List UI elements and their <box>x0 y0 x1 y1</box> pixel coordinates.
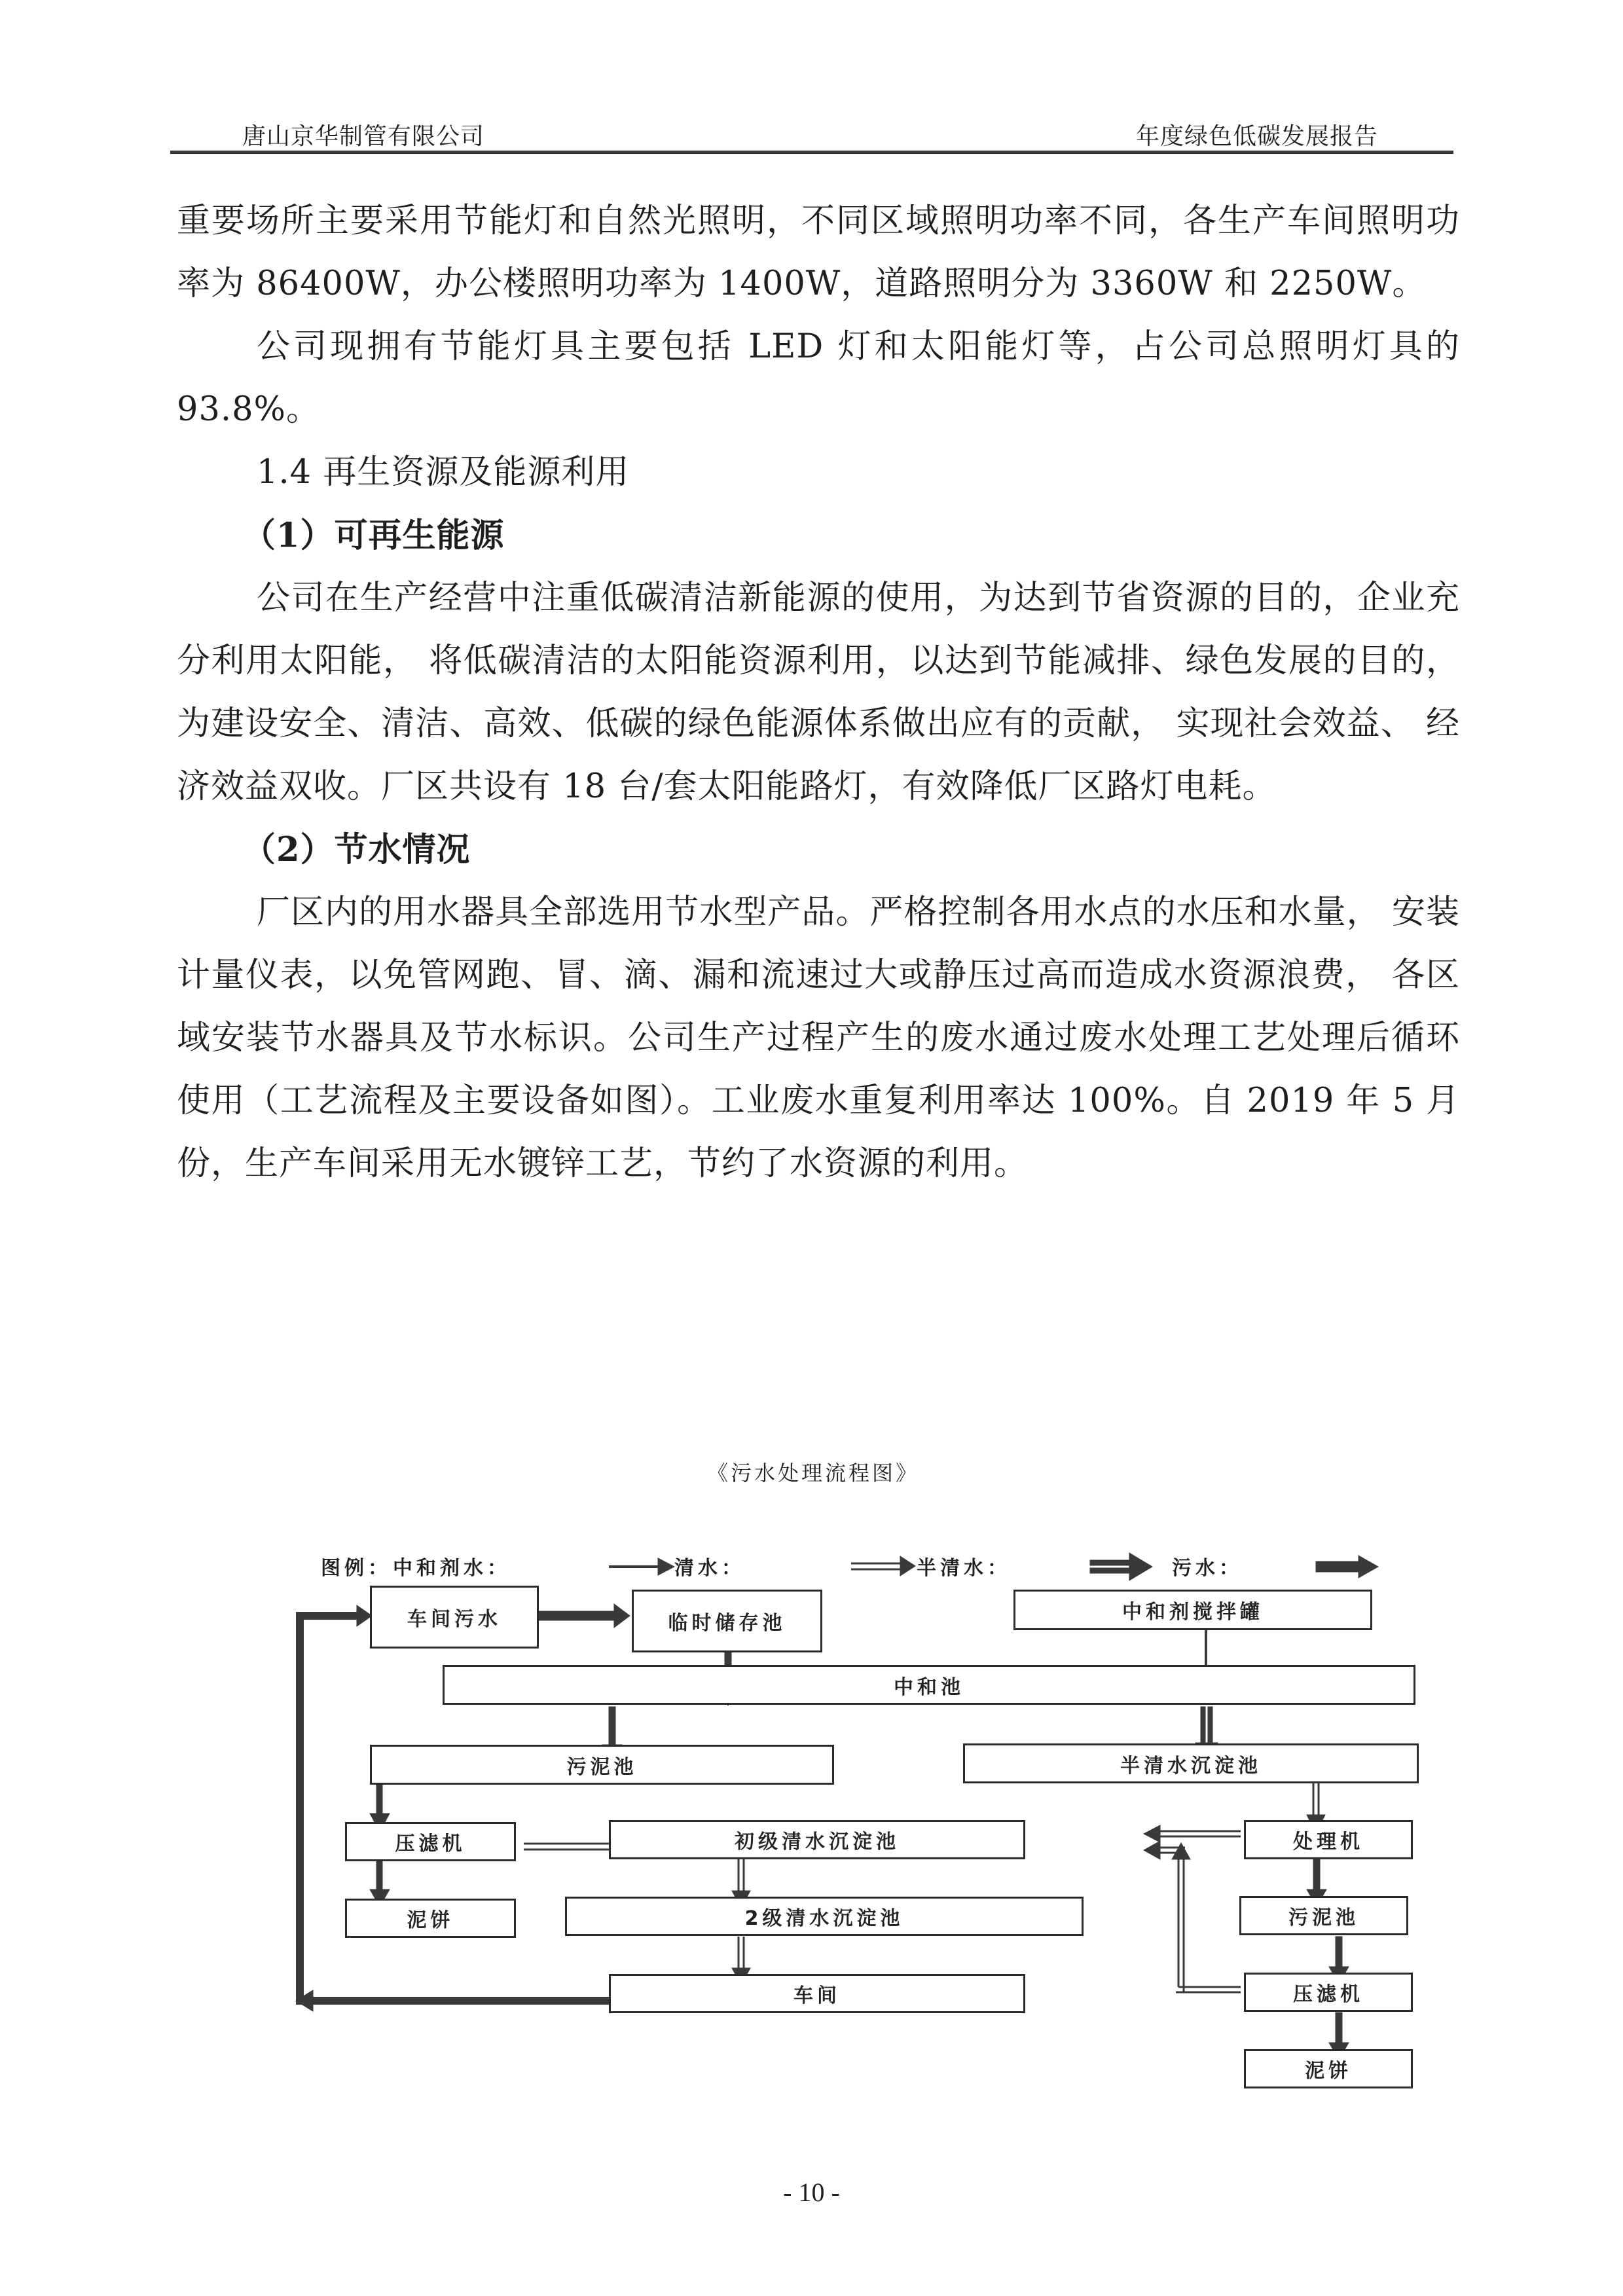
paragraph-renewable-energy: 公司在生产经营中注重低碳清洁新能源的使用，为达到节省资源的目的，企业充分利用太阳… <box>177 567 1460 818</box>
node-processor: 处理机 <box>1244 1820 1413 1859</box>
node-mud-cake-right: 泥饼 <box>1244 2049 1413 2088</box>
node-workshop: 车间 <box>609 1974 1025 2013</box>
legend-arrow-thick-double-icon <box>1090 1553 1152 1580</box>
node-sludge-pool-right: 污泥池 <box>1239 1896 1408 1935</box>
legend-label-semi-clear-water: 半清水： <box>917 1552 1011 1580</box>
node-neutralizer-tank: 中和剂搅拌罐 <box>1013 1590 1372 1630</box>
legend-arrow-double-line-icon <box>851 1556 915 1576</box>
subsection-heading-water-saving: （2）节水情况 <box>177 818 1460 881</box>
legend-label-clear-water: 清水： <box>674 1552 745 1580</box>
node-neutralization-pool: 中和池 <box>443 1665 1415 1705</box>
paragraph-energy-saving-lamps: 公司现拥有节能灯具主要包括 LED 灯和太阳能灯等，占公司总照明灯具的 93.8… <box>177 316 1460 441</box>
subsection-heading-renewable: （1）可再生能源 <box>177 504 1460 567</box>
node-filter-press-right: 压滤机 <box>1244 1973 1413 2012</box>
legend-arrow-thin-single-icon <box>609 1558 674 1575</box>
page-header: 唐山京华制管有限公司 年度绿色低碳发展报告 <box>170 111 1453 155</box>
header-rule <box>170 151 1453 154</box>
legend-arrow-thick-solid-icon <box>1316 1556 1378 1578</box>
node-semi-clear-settling: 半清水沉淀池 <box>963 1743 1419 1783</box>
legend-prefix: 图例： <box>321 1552 392 1580</box>
node-sludge-pool-left: 污泥池 <box>370 1745 834 1785</box>
node-secondary-settling: 2级清水沉淀池 <box>565 1897 1084 1936</box>
paragraph-lighting-power: 重要场所主要采用节能灯和自然光照明，不同区域照明功率不同，各生产车间照明功率为 … <box>177 190 1460 316</box>
legend-label-neutralizer-water: 中和剂水： <box>393 1552 511 1580</box>
node-mud-cake-left: 泥饼 <box>345 1899 516 1938</box>
node-filter-press-left: 压滤机 <box>345 1822 516 1861</box>
paragraph-water-saving: 厂区内的用水器具全部选用节水型产品。严格控制各用水点的水压和水量， 安装计量仪表… <box>177 881 1460 1195</box>
header-report-title: 年度绿色低碳发展报告 <box>1136 118 1378 151</box>
diagram-caption: 《污水处理流程图》 <box>707 1457 919 1487</box>
section-heading: 1.4 再生资源及能源利用 <box>177 441 1460 504</box>
page-number: - 10 - <box>0 2177 1623 2208</box>
legend-label-wastewater: 污水： <box>1172 1552 1243 1580</box>
header-company: 唐山京华制管有限公司 <box>242 118 484 151</box>
body-text: 重要场所主要采用节能灯和自然光照明，不同区域照明功率不同，各生产车间照明功率为 … <box>177 190 1460 1195</box>
node-primary-settling: 初级清水沉淀池 <box>609 1820 1025 1859</box>
node-temp-storage: 临时储存池 <box>632 1590 822 1652</box>
node-workshop-wastewater: 车间污水 <box>370 1586 539 1649</box>
